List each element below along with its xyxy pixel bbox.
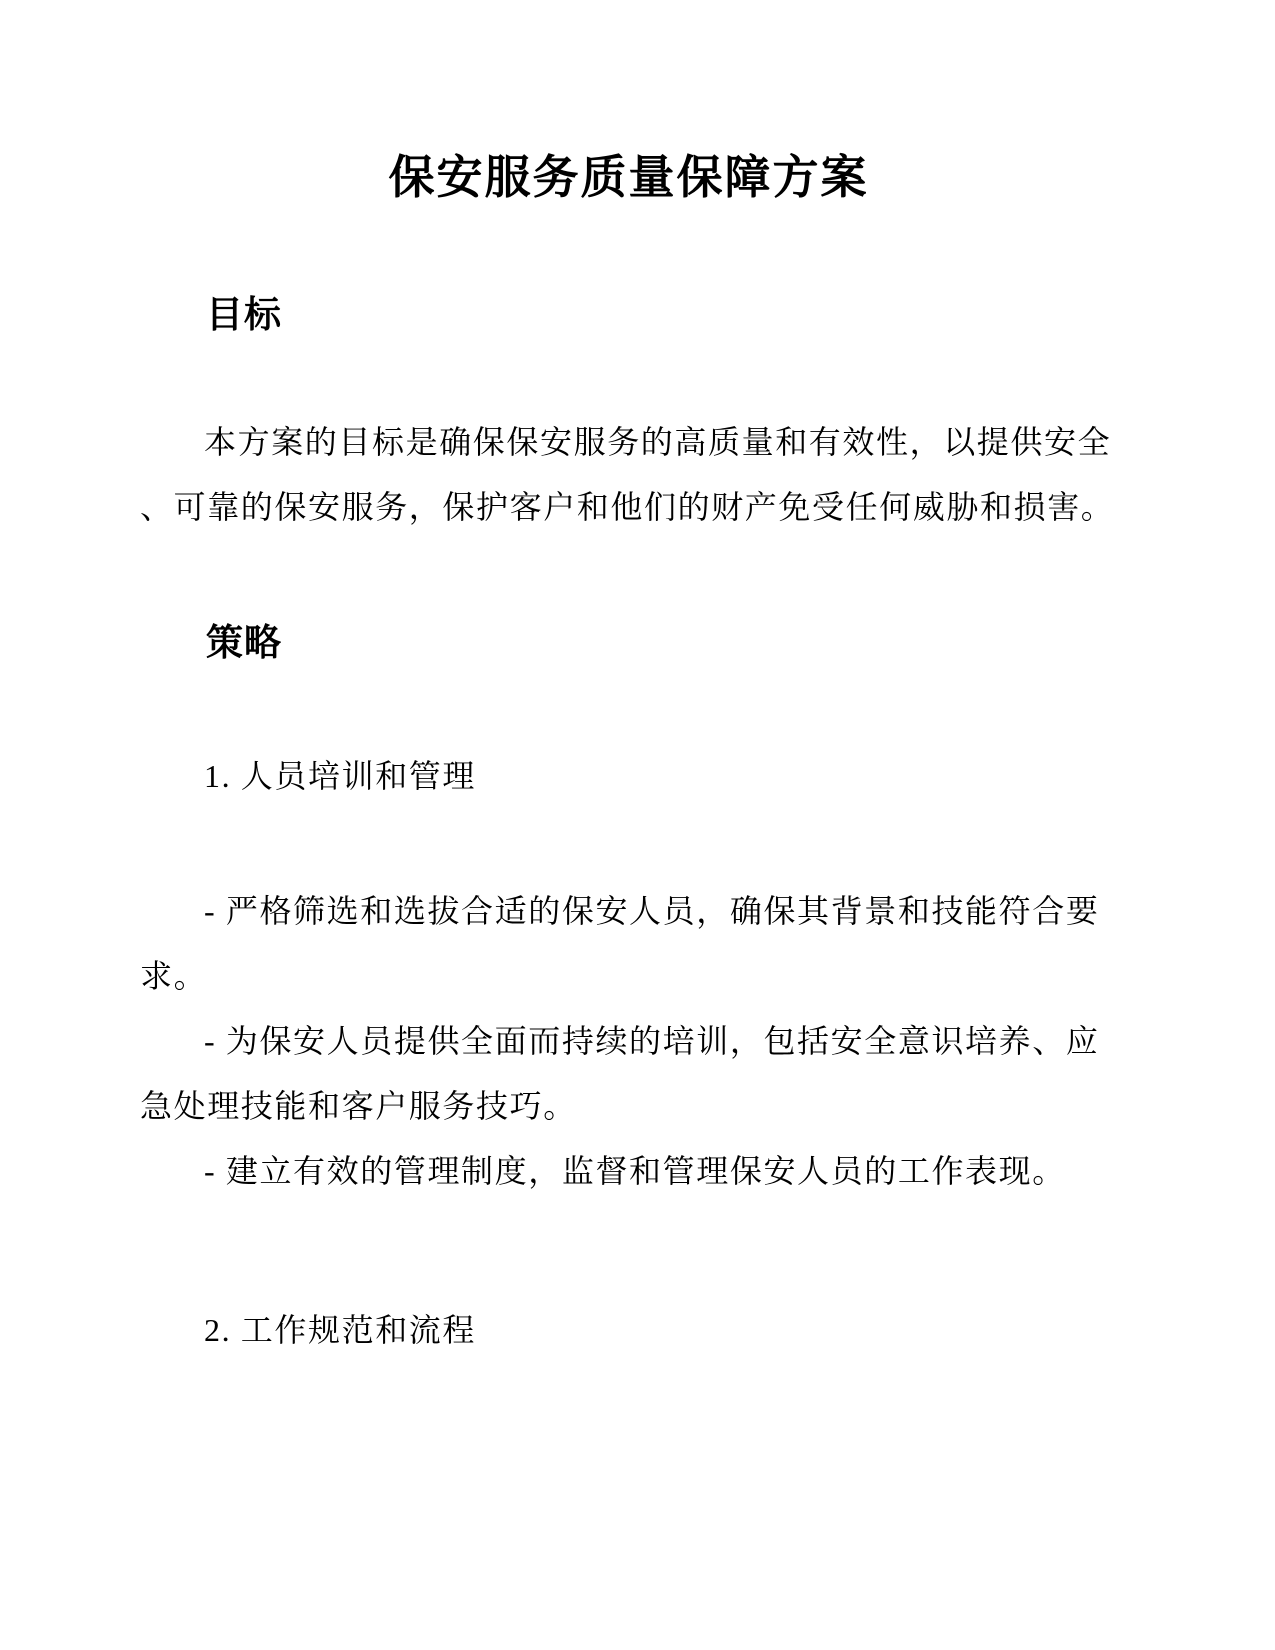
goal-paragraph-line-1: 本方案的目标是确保保安服务的高质量和有效性，以提供安全 [140, 410, 1117, 475]
document-title: 保安服务质量保障方案 [140, 148, 1117, 206]
goal-paragraph-line-2: 、可靠的保安服务，保护客户和他们的财产免受任何威胁和损害。 [140, 475, 1117, 540]
section-heading-strategy: 策略 [140, 620, 1117, 666]
document-page: 保安服务质量保障方案 目标 本方案的目标是确保保安服务的高质量和有效性，以提供安… [0, 0, 1275, 1650]
bullet-2-line-2: 急处理技能和客户服务技巧。 [140, 1074, 1117, 1139]
strategy-item-2-title: 2. 工作规范和流程 [140, 1298, 1117, 1363]
goal-paragraph: 本方案的目标是确保保安服务的高质量和有效性，以提供安全 、可靠的保安服务，保护客… [140, 410, 1117, 540]
strategy-item-1-title: 1. 人员培训和管理 [140, 744, 1117, 809]
strategy-item-2-title-text: 2. 工作规范和流程 [140, 1298, 1117, 1363]
strategy-item-1-title-text: 1. 人员培训和管理 [140, 744, 1117, 809]
bullet-3-line-1: - 建立有效的管理制度，监督和管理保安人员的工作表现。 [140, 1139, 1117, 1204]
bullet-1-line-1: - 严格筛选和选拔合适的保安人员，确保其背景和技能符合要 [140, 879, 1117, 944]
bullet-2-line-1: - 为保安人员提供全面而持续的培训，包括安全意识培养、应 [140, 1009, 1117, 1074]
bullet-1-line-2: 求。 [140, 944, 1117, 1009]
section-heading-goal: 目标 [140, 292, 1117, 338]
strategy-item-1-bullets: - 严格筛选和选拔合适的保安人员，确保其背景和技能符合要 求。 - 为保安人员提… [140, 879, 1117, 1204]
